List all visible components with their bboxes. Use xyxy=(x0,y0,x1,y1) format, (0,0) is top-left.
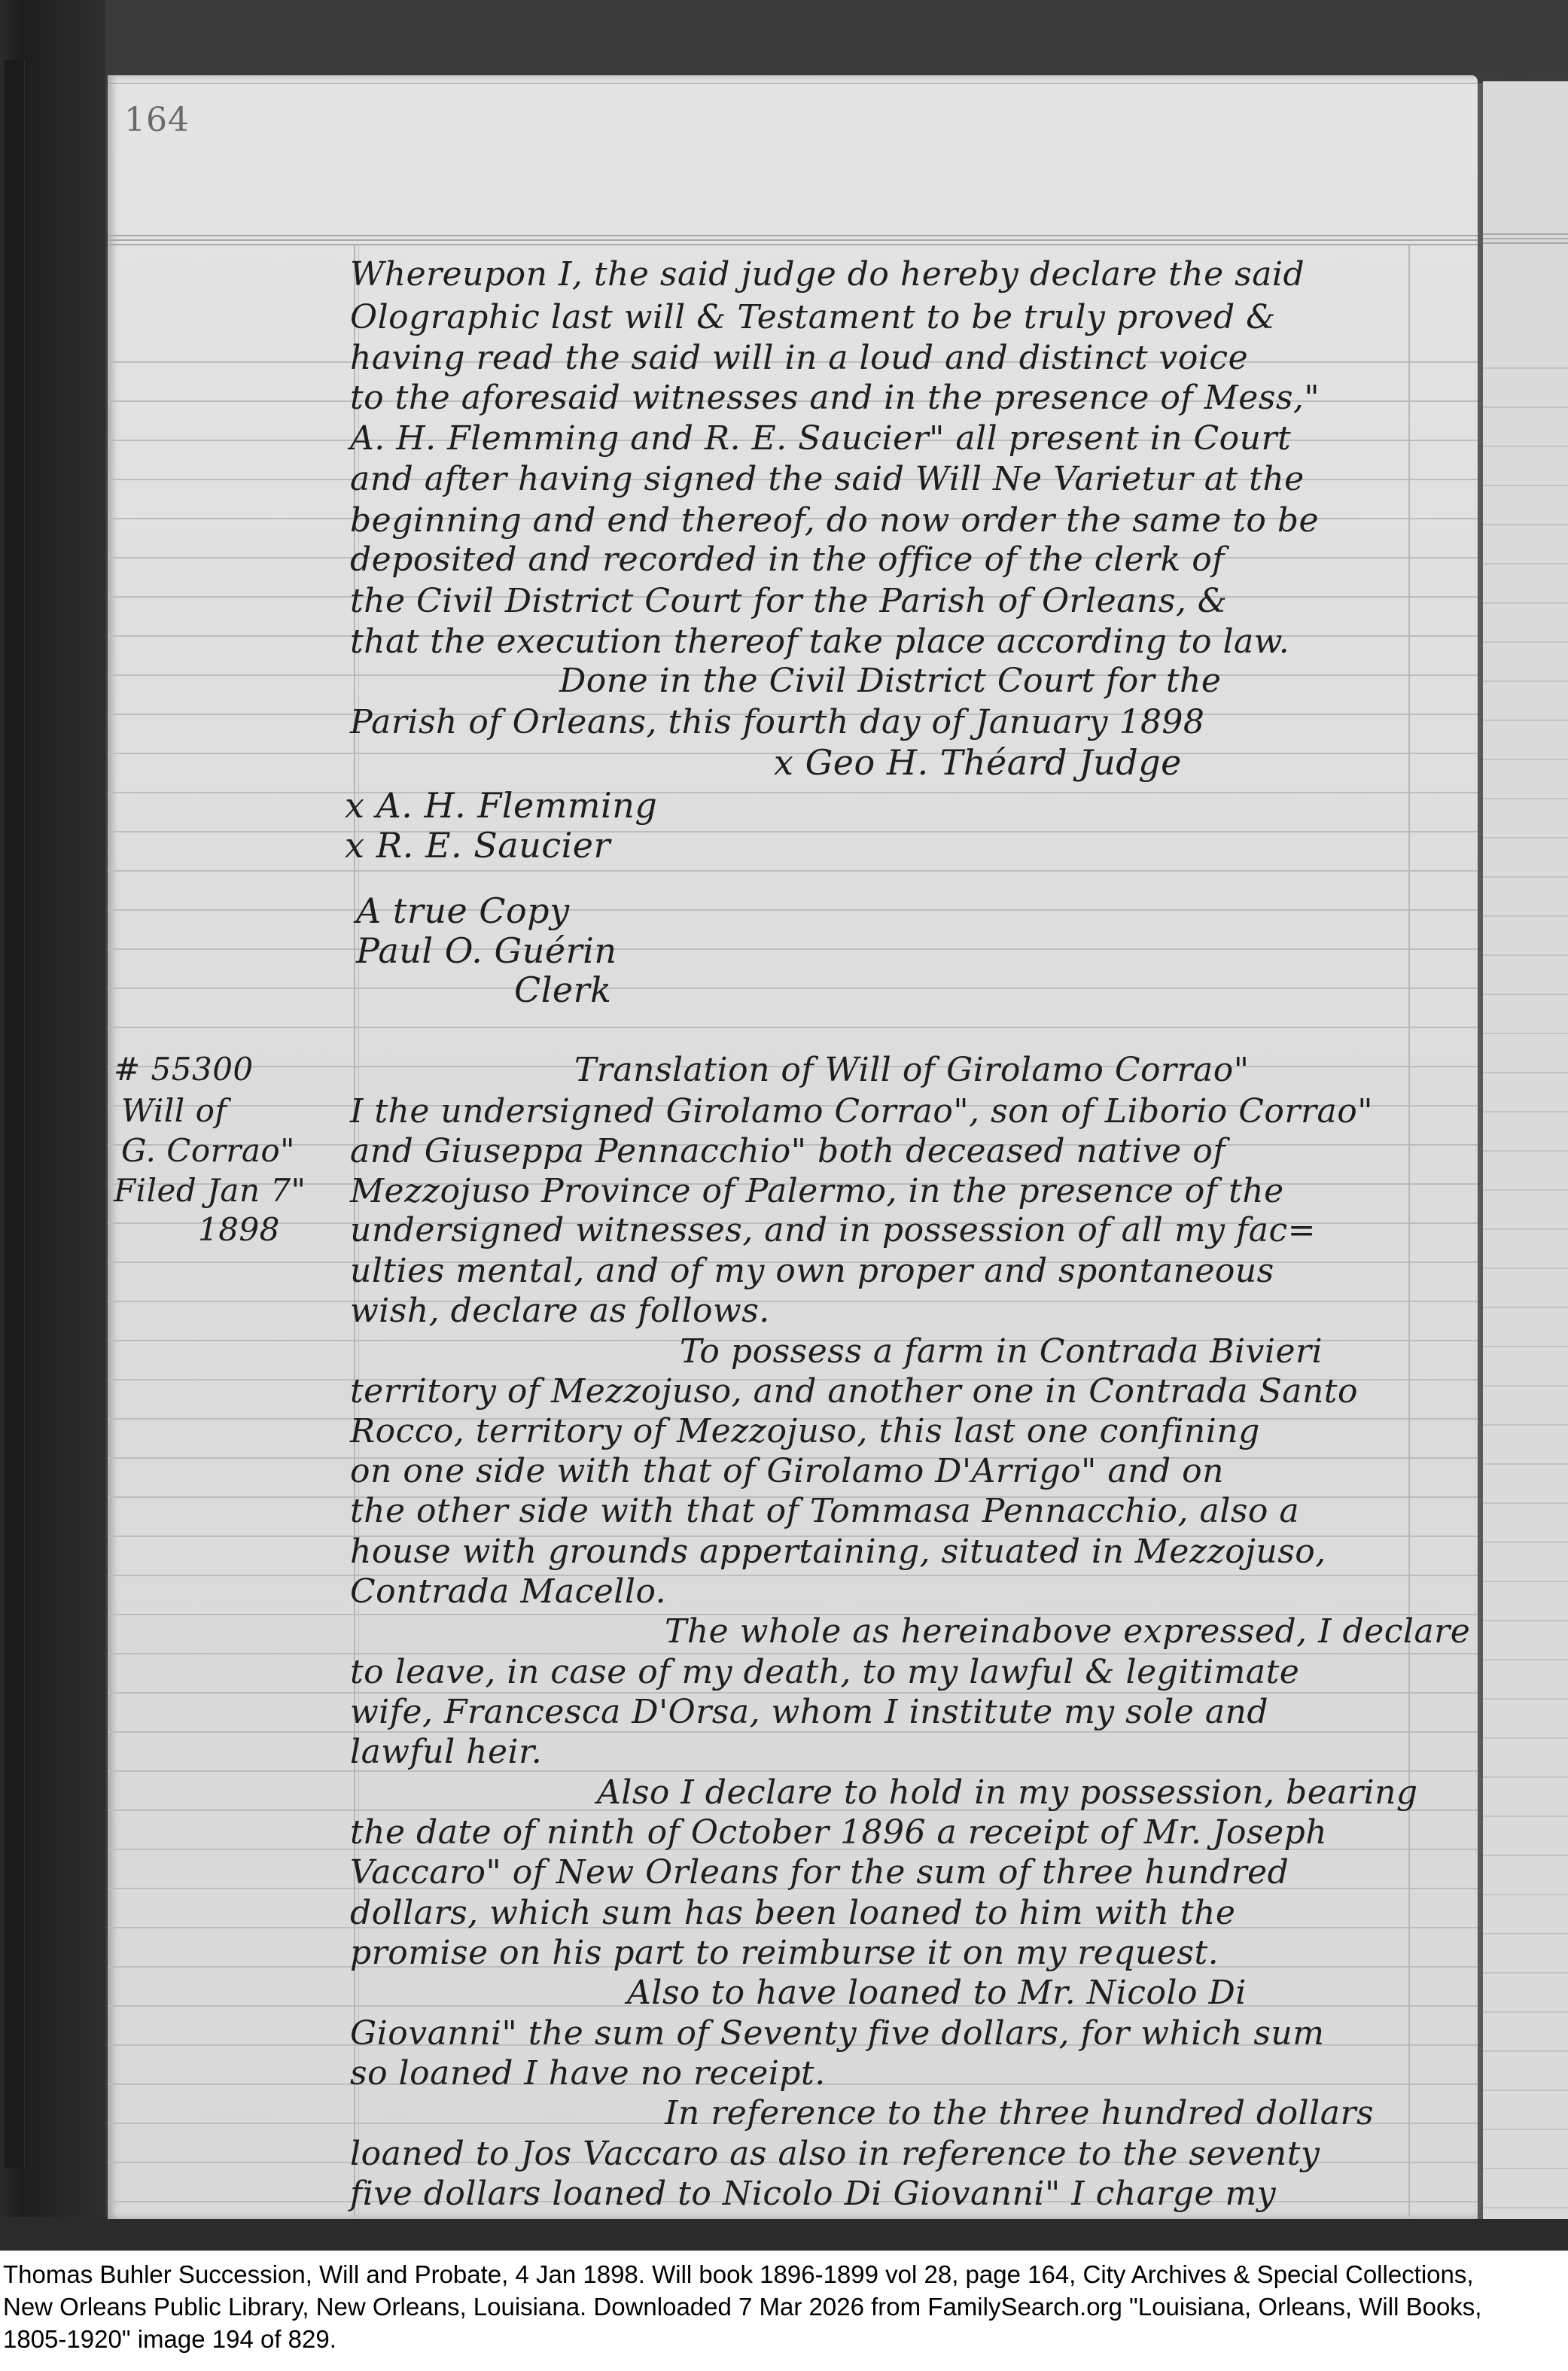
header-rule xyxy=(108,235,1478,236)
text-line: I the undersigned Girolamo Corrao", son … xyxy=(350,1095,1373,1128)
text-line: The whole as hereinabove expressed, I de… xyxy=(665,1615,1470,1648)
margin-line xyxy=(1408,245,1410,2217)
text-line: loaned to Jos Vaccaro as also in referen… xyxy=(350,2138,1320,2171)
clerk-title: Clerk xyxy=(514,972,612,1007)
witness-signature: x R. E. Saucier xyxy=(345,828,610,863)
citation-line: Thomas Buhler Succession, Will and Proba… xyxy=(3,2258,1561,2290)
margin-note-line: 1898 xyxy=(198,1214,280,1246)
text-line: and after having signed the said Will Ne… xyxy=(350,463,1305,496)
text-line: that the execution thereof take place ac… xyxy=(350,625,1289,659)
text-line: undersigned witnesses, and in possession… xyxy=(350,1214,1316,1247)
book-gutter xyxy=(1478,83,1483,2219)
text-line: so loaned I have no receipt. xyxy=(350,2057,826,2090)
text-line: wish, declare as follows. xyxy=(350,1295,770,1328)
text-line: to the aforesaid witnesses and in the pr… xyxy=(350,382,1320,415)
text-line: the date of ninth of October 1896 a rece… xyxy=(350,1816,1327,1849)
source-citation: Thomas Buhler Succession, Will and Proba… xyxy=(3,2258,1561,2355)
page-top-edge xyxy=(108,83,1478,84)
text-line: Also to have loaned to Mr. Nicolo Di xyxy=(627,1977,1247,2010)
text-line: Done in the Civil District Court for the xyxy=(559,665,1221,698)
scanned-ledger-image: 164 Whereupon I, the said judge do hereb… xyxy=(0,0,1568,2251)
text-line: Mezzojuso Province of Palermo, in the pr… xyxy=(350,1175,1284,1208)
text-line: the Civil District Court for the Parish … xyxy=(350,585,1227,618)
header-rule xyxy=(1483,242,1568,244)
book-spine xyxy=(0,0,105,2251)
page-number: 164 xyxy=(124,101,190,139)
text-line: on one side with that of Girolamo D'Arri… xyxy=(350,1455,1224,1488)
text-line: territory of Mezzojuso, and another one … xyxy=(350,1375,1358,1408)
witness-signature: x A. H. Flemming xyxy=(345,788,657,823)
text-line: five dollars loaned to Nicolo Di Giovann… xyxy=(350,2178,1276,2211)
text-line: promise on his part to reimburse it on m… xyxy=(350,1937,1219,1970)
judge-signature: x Geo H. Théard Judge xyxy=(774,745,1182,780)
ledger-page-right-edge xyxy=(1483,81,1568,2219)
text-line: Whereupon I, the said judge do hereby de… xyxy=(350,258,1305,291)
citation-line: New Orleans Public Library, New Orleans,… xyxy=(3,2290,1561,2323)
margin-note-line: # 55300 xyxy=(114,1054,254,1085)
text-line: Parish of Orleans, this fourth day of Ja… xyxy=(350,706,1204,739)
margin-note-line: Filed Jan 7" xyxy=(114,1175,306,1207)
text-line: deposited and recorded in the office of … xyxy=(350,543,1225,577)
text-line: Giovanni" the sum of Seventy five dollar… xyxy=(350,2017,1324,2050)
text-line: beginning and end thereof, do now order … xyxy=(350,504,1319,537)
text-line: lawful heir. xyxy=(350,1736,542,1769)
text-line: A. H. Flemming and R. E. Saucier" all pr… xyxy=(350,422,1291,455)
text-line: ulties mental, and of my own proper and … xyxy=(350,1255,1274,1288)
text-line: Also I declare to hold in my possession,… xyxy=(597,1776,1418,1809)
text-line: Contrada Macello. xyxy=(350,1575,666,1609)
margin-note-line: G. Corrao" xyxy=(121,1135,295,1167)
clerk-signature: Paul O. Guérin xyxy=(356,933,617,968)
spine-band xyxy=(5,60,25,2168)
text-line: the other side with that of Tommasa Penn… xyxy=(350,1495,1299,1528)
translation-title: Translation of Will of Girolamo Corrao" xyxy=(574,1054,1250,1087)
text-line: having read the said will in a loud and … xyxy=(350,342,1248,375)
text-line: In reference to the three hundred dollar… xyxy=(665,2097,1374,2130)
margin-note-line: Will of xyxy=(121,1095,227,1127)
true-copy-attestation: A true Copy xyxy=(356,893,570,928)
text-line: Vaccaro" of New Orleans for the sum of t… xyxy=(350,1856,1289,1889)
ruled-lines xyxy=(1483,330,1568,2219)
text-line: to leave, in case of my death, to my law… xyxy=(350,1656,1299,1689)
ledger-page-left: 164 Whereupon I, the said judge do hereb… xyxy=(108,75,1478,2219)
header-rule xyxy=(108,244,1478,245)
text-line: wife, Francesca D'Orsa, whom I institute… xyxy=(350,1696,1268,1729)
header-rule xyxy=(1483,233,1568,235)
text-line: Rocco, territory of Mezzojuso, this last… xyxy=(350,1415,1260,1448)
citation-line: 1805-1920" image 194 of 829. xyxy=(3,2323,1561,2355)
text-line: house with grounds appertaining, situate… xyxy=(350,1536,1326,1569)
text-line: and Giuseppa Pennacchio" both deceased n… xyxy=(350,1135,1225,1168)
text-line: Olographic last will & Testament to be t… xyxy=(350,301,1276,334)
text-line: dollars, which sum has been loaned to hi… xyxy=(350,1897,1235,1930)
header-rule xyxy=(1483,238,1568,239)
header-rule xyxy=(108,239,1478,241)
book-cover-bottom xyxy=(0,2217,1568,2251)
text-line: To possess a farm in Contrada Bivieri xyxy=(680,1335,1323,1368)
